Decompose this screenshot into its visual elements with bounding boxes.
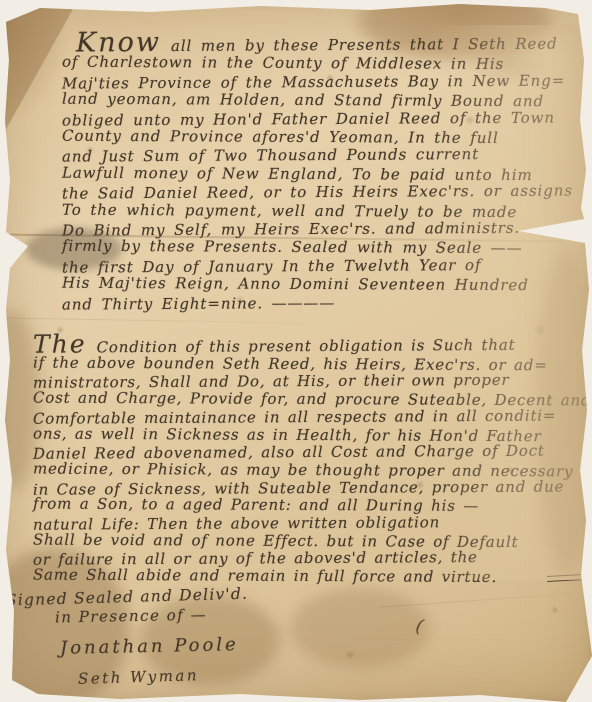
paragraph-condition: TheCondition of this present obligation … [33,334,591,586]
manuscript-line-text: all men by these Presents that I Seth Re… [171,35,558,55]
fold-crease [380,593,570,607]
bottom-center-stain [290,588,430,668]
witness-signature-jonathan-poole: Jonathan Poole [60,634,239,659]
paper-sheet: Knowall men by these Presents that I Set… [0,0,592,702]
manuscript-line: Same Shall abide and remain in full forc… [33,567,591,588]
attestation-line: Signed Sealed and Deliv'd. [6,585,249,610]
fold-crease [2,317,302,323]
manuscript-line: land yeoman, am Holden, and Stand firmly… [62,90,573,111]
paragraph-bond: Knowall men by these Presents that I Set… [62,33,573,312]
manuscript-line: the Said Daniel Reed, or to His Heirs Ex… [62,182,573,204]
manuscript-line: His Maj'ties Reign, Anno Domini Seventee… [62,274,573,295]
manuscript-line: and Thirty Eight=nine. ———— [62,292,573,314]
document-scan: Knowall men by these Presents that I Set… [0,0,592,702]
witness-signature-seth-wyman: Seth Wyman [78,666,200,688]
presence-line: in Presence of — [55,606,207,627]
stray-ink-mark: ( [414,615,425,637]
